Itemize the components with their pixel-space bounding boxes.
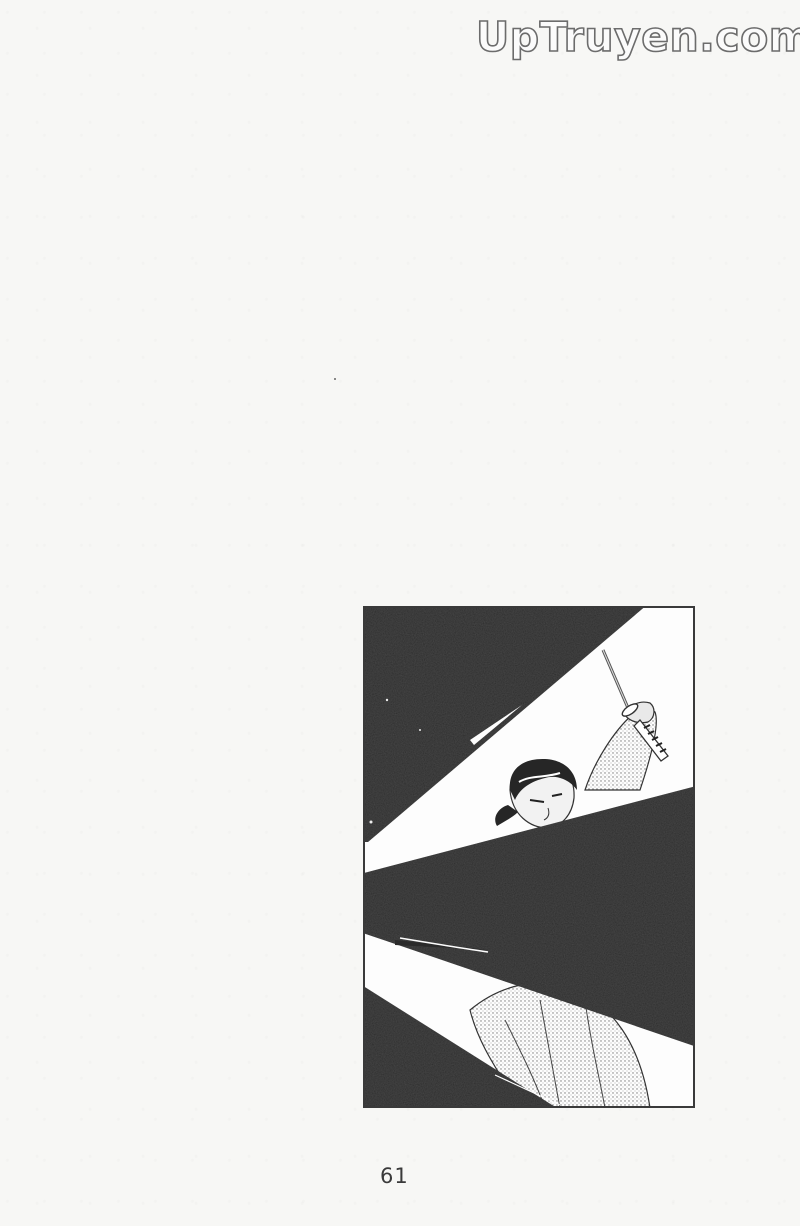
- page-number: 61: [380, 1164, 409, 1188]
- manga-panel: [0, 0, 800, 1226]
